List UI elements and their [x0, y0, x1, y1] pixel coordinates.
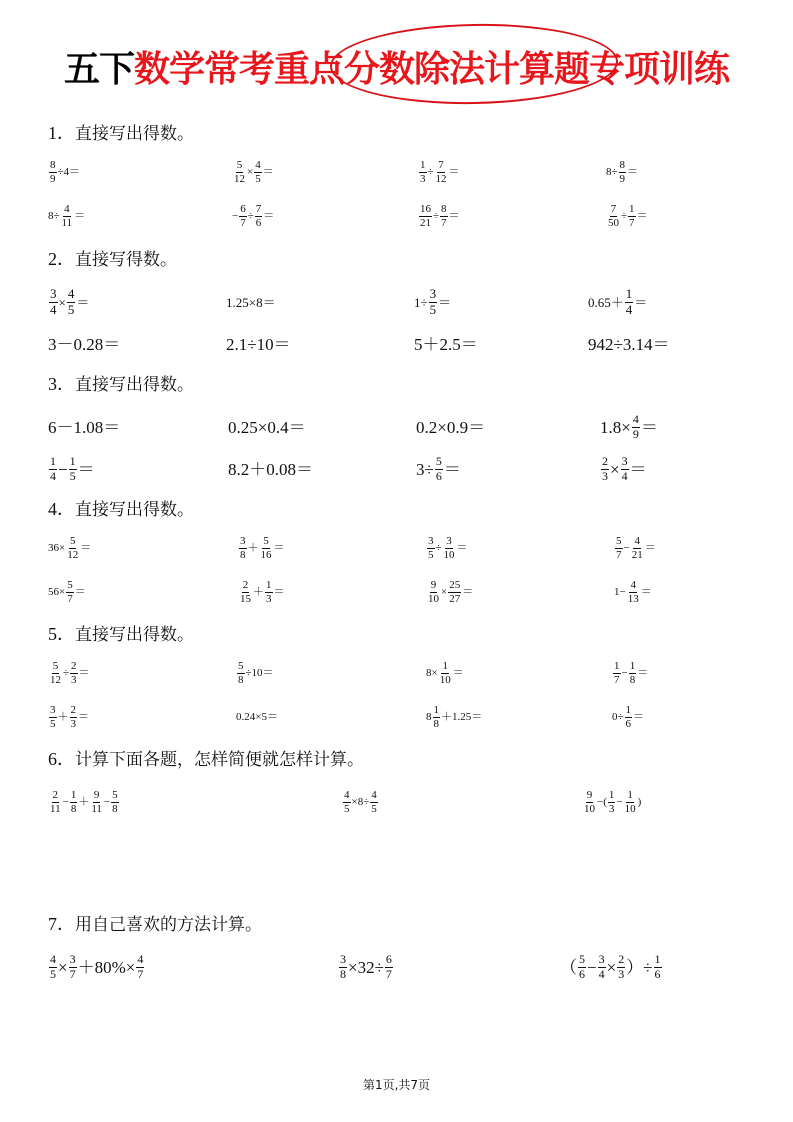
expression-text: ＝: [263, 211, 274, 222]
fraction-denominator: 10: [443, 549, 456, 562]
fraction: 45: [343, 789, 351, 815]
math-expression: 1−413＝: [614, 579, 652, 605]
fraction: 45: [254, 159, 262, 185]
fraction-denominator: 3: [601, 470, 609, 484]
fraction-denominator: 5: [67, 303, 76, 318]
fraction-numerator: 6: [239, 203, 247, 217]
fraction: 110: [439, 660, 452, 686]
fraction-denominator: 8: [70, 803, 78, 816]
problem-cell: 512÷23＝: [48, 653, 90, 693]
expression-text: −(: [597, 797, 607, 808]
fraction-denominator: 7: [615, 549, 623, 562]
math-expression: 1621÷87＝: [418, 203, 460, 229]
expression-text: ＝: [633, 712, 644, 723]
fraction: 67: [385, 953, 393, 982]
problem-cell: 0.24×5＝: [236, 697, 278, 737]
expression-text: ＝: [76, 296, 89, 309]
worksheet-title: 五下数学常考重点分数除法计算题专项训练: [0, 44, 793, 96]
problem-cell: 17−18＝: [612, 653, 648, 693]
question-number: 1．: [48, 123, 75, 143]
fraction: 211: [49, 789, 62, 815]
expression-text: 2.1÷10＝: [226, 336, 291, 353]
fraction-denominator: 9: [619, 173, 627, 186]
expression-text: ＝: [444, 461, 461, 478]
expression-text: 942÷3.14＝: [588, 336, 670, 353]
expression-text: ＝: [78, 712, 89, 723]
expression-text: ＝: [74, 211, 85, 222]
fraction-denominator: 12: [49, 674, 62, 687]
problem-cell: （56−34×23）÷16: [560, 947, 663, 987]
fraction-denominator: 8: [433, 718, 441, 731]
fraction-numerator: 4: [343, 789, 351, 803]
fraction-numerator: 4: [67, 287, 76, 303]
fraction: 58: [237, 660, 245, 686]
fraction-numerator: 16: [419, 203, 432, 217]
fraction: 35: [429, 287, 438, 318]
section-4: 4．直接写出得数。36×512＝38＋516＝35÷310＝57−421＝56×…: [48, 498, 768, 521]
math-expression: 6－1.08＝: [48, 419, 120, 436]
math-expression: 23×34＝: [600, 455, 647, 484]
expression-text: ＋: [58, 712, 69, 723]
fraction-denominator: 4: [598, 968, 606, 982]
expression-text: ＋: [253, 587, 264, 598]
problem-cell: 57−421＝: [614, 528, 656, 568]
problem-cell: 0.65＋14＝: [588, 282, 647, 322]
question-heading: 4．直接写出得数。: [48, 498, 768, 521]
question-heading: 5．直接写出得数。: [48, 623, 768, 646]
expression-text: ＋1.25＝: [441, 712, 482, 723]
problem-cell: 13÷712＝: [418, 152, 460, 192]
fraction: 49: [632, 413, 640, 442]
expression-text: 0.65＋: [588, 296, 624, 309]
expression-text: −: [622, 668, 628, 679]
fraction-numerator: 4: [629, 579, 637, 593]
expression-text: ＝: [80, 543, 91, 554]
fraction-numerator: 5: [69, 535, 77, 549]
expression-text: ＝: [274, 543, 285, 554]
math-expression: 942÷3.14＝: [588, 336, 670, 353]
expression-text: 1.25×8＝: [226, 296, 276, 309]
fraction: 45: [67, 287, 76, 318]
fraction-numerator: 4: [632, 413, 640, 428]
fraction-denominator: 6: [578, 968, 586, 982]
fraction: 35: [49, 704, 57, 730]
fraction: 17: [613, 660, 621, 686]
expression-text: ÷: [248, 211, 254, 222]
problem-row: 36×512＝38＋516＝35÷310＝57−421＝: [48, 528, 768, 568]
math-expression: 1÷35＝: [414, 287, 451, 318]
expression-text: ＋: [248, 543, 259, 554]
problem-cell: 910−(13−110): [582, 782, 641, 822]
fraction-numerator: 5: [435, 455, 443, 470]
fraction: 35: [427, 535, 435, 561]
fraction-numerator: 5: [237, 660, 245, 674]
problem-cell: 38＋516＝: [238, 528, 285, 568]
section-7: 7．用自己喜欢的方法计算。45×37＋80%×4738×32÷67（56−34×…: [48, 913, 768, 936]
expression-text: 3－0.28＝: [48, 336, 120, 353]
math-expression: 3－0.28＝: [48, 336, 120, 353]
fraction-numerator: 3: [69, 953, 77, 968]
problem-cell: 34×45＝: [48, 282, 89, 322]
problem-cell: 23×34＝: [600, 449, 647, 489]
fraction-denominator: 16: [260, 549, 273, 562]
fraction-denominator: 10: [427, 593, 440, 606]
expression-text: ÷4＝: [58, 167, 81, 178]
expression-text: ＋: [78, 797, 89, 808]
fraction-numerator: 5: [111, 789, 119, 803]
fraction-denominator: 5: [370, 803, 378, 816]
math-expression: 8÷89＝: [606, 159, 638, 185]
question-heading: 7．用自己喜欢的方法计算。: [48, 913, 768, 936]
fraction: 23: [617, 953, 625, 982]
fraction: 47: [136, 953, 144, 982]
fraction: 34: [598, 953, 606, 982]
expression-text: −: [63, 797, 69, 808]
fraction: 14: [625, 287, 634, 318]
fraction: 89: [49, 159, 57, 185]
fraction: 56: [435, 455, 443, 484]
fraction-numerator: 4: [49, 953, 57, 968]
math-expression: 512×45＝: [232, 159, 274, 185]
problem-row: 6－1.08＝0.25×0.4＝0.2×0.9＝1.8×49＝: [48, 407, 768, 447]
expression-text: −: [587, 959, 597, 976]
expression-text: ＝: [457, 543, 468, 554]
fraction-numerator: 1: [608, 789, 616, 803]
expression-text: ): [638, 797, 642, 808]
fraction: 16: [654, 953, 662, 982]
fraction: 18: [629, 660, 637, 686]
fraction-numerator: 1: [625, 287, 634, 303]
fraction-denominator: 5: [49, 718, 57, 731]
math-expression: 13÷712＝: [418, 159, 460, 185]
fraction-denominator: 5: [427, 549, 435, 562]
expression-text: ＝: [634, 296, 647, 309]
fraction-numerator: 4: [633, 535, 641, 549]
expression-text: ＝: [462, 587, 473, 598]
fraction: 16: [625, 704, 633, 730]
fraction-denominator: 8: [339, 968, 347, 982]
fraction-numerator: 8: [440, 203, 448, 217]
math-expression: 58÷10＝: [236, 660, 274, 686]
fraction: 15: [69, 455, 77, 484]
problem-cell: 38×32÷67: [338, 947, 394, 987]
fraction-numerator: 9: [93, 789, 101, 803]
fraction-denominator: 7: [136, 968, 144, 982]
fraction: 76: [255, 203, 263, 229]
math-expression: 0.25×0.4＝: [228, 419, 306, 436]
problem-cell: 89÷4＝: [48, 152, 80, 192]
fraction-denominator: 7: [628, 217, 636, 230]
fraction: 56: [578, 953, 586, 982]
fraction-denominator: 21: [631, 549, 644, 562]
fraction: 712: [435, 159, 448, 185]
fraction: 1621: [419, 203, 432, 229]
fraction-denominator: 4: [49, 303, 58, 318]
fraction-denominator: 3: [70, 718, 78, 731]
fraction-numerator: 7: [437, 159, 445, 173]
fraction-denominator: 11: [90, 803, 103, 816]
fraction-denominator: 8: [629, 674, 637, 687]
math-expression: 211−18＋911−58: [48, 789, 120, 815]
fraction: 911: [90, 789, 103, 815]
problem-cell: 910×2527＝: [426, 572, 473, 612]
fraction-denominator: 3: [617, 968, 625, 982]
fraction: 23: [70, 660, 78, 686]
question-heading: 6．计算下面各题，怎样简便就怎样计算。: [48, 748, 768, 771]
expression-text: 0.25×0.4＝: [228, 419, 306, 436]
fraction: 34: [49, 287, 58, 318]
fraction-denominator: 21: [419, 217, 432, 230]
fraction-denominator: 7: [69, 968, 77, 982]
math-expression: 0÷16＝: [612, 704, 644, 730]
expression-text: ＝: [438, 296, 451, 309]
fraction: 512: [66, 535, 79, 561]
problem-cell: 6－1.08＝: [48, 407, 120, 447]
expression-text: ＝: [449, 167, 460, 178]
fraction-numerator: 5: [236, 159, 244, 173]
fraction-numerator: 3: [49, 704, 57, 718]
fraction-numerator: 7: [255, 203, 263, 217]
fraction: 18: [70, 789, 78, 815]
fraction-denominator: 3: [419, 173, 427, 186]
problem-cell: 2.1÷10＝: [226, 324, 291, 364]
fraction-denominator: 13: [627, 593, 640, 606]
expression-text: 6－1.08＝: [48, 419, 120, 436]
expression-text: 8÷: [606, 167, 618, 178]
fraction: 17: [628, 203, 636, 229]
fraction-denominator: 4: [621, 470, 629, 484]
fraction-numerator: 3: [598, 953, 606, 968]
expression-text: ＝: [641, 419, 658, 436]
expression-text: ÷: [436, 543, 442, 554]
fraction: 57: [615, 535, 623, 561]
expression-text: 36×: [48, 543, 65, 554]
expression-text: 3÷: [416, 461, 434, 478]
math-expression: 17−18＝: [612, 660, 648, 686]
page-indicator: 第1页,共7页: [0, 1076, 793, 1093]
fraction-denominator: 5: [429, 303, 438, 318]
expression-text: −: [616, 797, 622, 808]
fraction-numerator: 3: [427, 535, 435, 549]
expression-text: 5＋2.5＝: [414, 336, 478, 353]
fraction-numerator: 3: [429, 287, 438, 303]
problem-cell: 8.2＋0.08＝: [228, 449, 313, 489]
problem-cell: 56×57＝: [48, 572, 86, 612]
fraction-denominator: 5: [254, 173, 262, 186]
question-instruction: 直接写出得数。: [75, 500, 194, 520]
math-expression: 35÷310＝: [426, 535, 468, 561]
fraction-denominator: 6: [654, 968, 662, 982]
fraction-denominator: 10: [439, 674, 452, 687]
math-expression: 215＋13＝: [238, 579, 285, 605]
fraction: 215: [239, 579, 252, 605]
expression-text: ÷10＝: [246, 668, 274, 679]
problem-cell: 215＋13＝: [238, 572, 285, 612]
expression-text: 8×: [426, 668, 438, 679]
fraction-denominator: 9: [49, 173, 57, 186]
title-topic: 数学常考重点分数除法计算题专项训练: [134, 49, 729, 90]
problem-cell: 58÷10＝: [236, 653, 274, 693]
fraction-denominator: 7: [613, 674, 621, 687]
expression-text: 0.2×0.9＝: [416, 419, 485, 436]
math-expression: 35＋23＝: [48, 704, 89, 730]
question-number: 2．: [48, 249, 75, 269]
problem-cell: 35＋23＝: [48, 697, 89, 737]
expression-text: ×32÷: [348, 959, 384, 976]
question-heading: 2．直接写得数。: [48, 248, 768, 271]
expression-text: ÷: [433, 211, 439, 222]
fraction-numerator: 25: [448, 579, 461, 593]
problem-cell: 512×45＝: [232, 152, 274, 192]
fraction-denominator: 8: [239, 549, 247, 562]
fraction-denominator: 7: [66, 593, 74, 606]
fraction-denominator: 12: [435, 173, 448, 186]
title-grade: 五下: [64, 49, 134, 90]
fraction: 37: [69, 953, 77, 982]
fraction: 13: [608, 789, 616, 815]
fraction: 38: [239, 535, 247, 561]
fraction-denominator: 12: [66, 549, 79, 562]
problem-cell: 1÷35＝: [414, 282, 451, 322]
math-expression: 818＋1.25＝: [426, 704, 482, 730]
fraction-numerator: 6: [385, 953, 393, 968]
math-expression: 8×110＝: [426, 660, 464, 686]
fraction-numerator: 4: [370, 789, 378, 803]
expression-text: ）÷: [626, 959, 652, 976]
fraction: 910: [583, 789, 596, 815]
fraction-numerator: 2: [242, 579, 250, 593]
section-2: 2．直接写得数。34×45＝1.25×8＝1÷35＝0.65＋14＝3－0.28…: [48, 248, 768, 271]
fraction: 512: [49, 660, 62, 686]
question-instruction: 直接写出得数。: [75, 375, 194, 395]
problem-cell: 750÷17＝: [606, 196, 648, 236]
expression-text: ×: [441, 587, 447, 598]
math-expression: 14−15＝: [48, 455, 95, 484]
question-instruction: 计算下面各题，怎样简便就怎样计算。: [75, 750, 364, 770]
math-expression: 38×32÷67: [338, 953, 394, 982]
fraction-denominator: 5: [69, 470, 77, 484]
problem-cell: 3－0.28＝: [48, 324, 120, 364]
math-expression: 8.2＋0.08＝: [228, 461, 313, 478]
problem-cell: 8÷89＝: [606, 152, 638, 192]
fraction-numerator: 5: [52, 660, 60, 674]
problem-cell: 1.8×49＝: [600, 407, 658, 447]
expression-text: ＝: [637, 211, 648, 222]
math-expression: 750÷17＝: [606, 203, 648, 229]
fraction-numerator: 1: [70, 789, 78, 803]
problem-cell: −67÷76＝: [232, 196, 274, 236]
fraction: 411: [61, 203, 74, 229]
fraction-denominator: 6: [255, 217, 263, 230]
section-3: 3．直接写出得数。6－1.08＝0.25×0.4＝0.2×0.9＝1.8×49＝…: [48, 373, 768, 396]
fraction: 23: [601, 455, 609, 484]
fraction-numerator: 2: [70, 704, 78, 718]
expression-text: ×: [58, 959, 68, 976]
question-number: 3．: [48, 374, 75, 394]
problem-cell: 3÷56＝: [416, 449, 461, 489]
fraction-denominator: 7: [385, 968, 393, 982]
expression-text: ＝: [637, 668, 648, 679]
math-expression: （56−34×23）÷16: [560, 953, 663, 982]
problem-row: 211−18＋911−5845×8÷45910−(13−110): [48, 782, 768, 822]
problem-cell: 8÷411＝: [48, 196, 85, 236]
fraction-numerator: 9: [586, 789, 594, 803]
fraction-numerator: 8: [619, 159, 627, 173]
math-expression: 36×512＝: [48, 535, 91, 561]
fraction-numerator: 1: [69, 455, 77, 470]
fraction-numerator: 4: [254, 159, 262, 173]
problem-row: 34×45＝1.25×8＝1÷35＝0.65＋14＝: [48, 282, 768, 322]
math-expression: 0.2×0.9＝: [416, 419, 485, 436]
problem-cell: 0÷16＝: [612, 697, 644, 737]
problem-row: 512÷23＝58÷10＝8×110＝17−18＝: [48, 653, 768, 693]
expression-text: −: [104, 797, 110, 808]
fraction: 67: [239, 203, 247, 229]
fraction-numerator: 1: [625, 704, 633, 718]
expression-text: （: [560, 959, 577, 976]
fraction-denominator: 50: [607, 217, 620, 230]
fraction-denominator: 12: [233, 173, 246, 186]
fraction: 516: [260, 535, 273, 561]
math-expression: 89÷4＝: [48, 159, 80, 185]
fraction-denominator: 5: [343, 803, 351, 816]
question-number: 6．: [48, 749, 75, 769]
math-expression: 45×8÷45: [342, 789, 379, 815]
math-expression: 0.65＋14＝: [588, 287, 647, 318]
problem-row: 8÷411＝−67÷76＝1621÷87＝750÷17＝: [48, 196, 768, 236]
fraction-numerator: 5: [66, 579, 74, 593]
fraction-denominator: 6: [435, 470, 443, 484]
fraction: 421: [631, 535, 644, 561]
question-instruction: 直接写得数。: [75, 250, 177, 270]
expression-text: ×: [607, 959, 617, 976]
fraction-numerator: 8: [49, 159, 57, 173]
expression-text: ＝: [630, 461, 647, 478]
fraction: 750: [607, 203, 620, 229]
expression-text: ×: [247, 167, 253, 178]
problem-row: 56×57＝215＋13＝910×2527＝1−413＝: [48, 572, 768, 612]
fraction-denominator: 5: [49, 968, 57, 982]
math-expression: 5＋2.5＝: [414, 336, 478, 353]
problem-cell: 1−413＝: [614, 572, 652, 612]
expression-text: ＋80%×: [78, 959, 136, 976]
expression-text: ×: [59, 296, 66, 309]
problem-cell: 818＋1.25＝: [426, 697, 482, 737]
fraction-numerator: 9: [430, 579, 438, 593]
fraction-numerator: 2: [70, 660, 78, 674]
fraction-numerator: 3: [49, 287, 58, 303]
math-expression: 0.24×5＝: [236, 712, 278, 723]
problem-cell: 35÷310＝: [426, 528, 468, 568]
expression-text: ÷: [63, 668, 69, 679]
math-expression: 1.8×49＝: [600, 413, 658, 442]
problem-cell: 0.2×0.9＝: [416, 407, 485, 447]
expression-text: 8.2＋0.08＝: [228, 461, 313, 478]
fraction: 34: [621, 455, 629, 484]
fraction: 89: [619, 159, 627, 185]
fraction-denominator: 7: [239, 217, 247, 230]
question-instruction: 直接写出得数。: [75, 124, 194, 144]
math-expression: 57−421＝: [614, 535, 656, 561]
expression-text: ÷: [621, 211, 627, 222]
problem-cell: 45×37＋80%×47: [48, 947, 145, 987]
fraction-denominator: 3: [608, 803, 616, 816]
problem-cell: 14−15＝: [48, 449, 95, 489]
problem-cell: 5＋2.5＝: [414, 324, 478, 364]
fraction-denominator: 11: [49, 803, 62, 816]
expression-text: ×: [610, 461, 620, 478]
fraction: 45: [370, 789, 378, 815]
